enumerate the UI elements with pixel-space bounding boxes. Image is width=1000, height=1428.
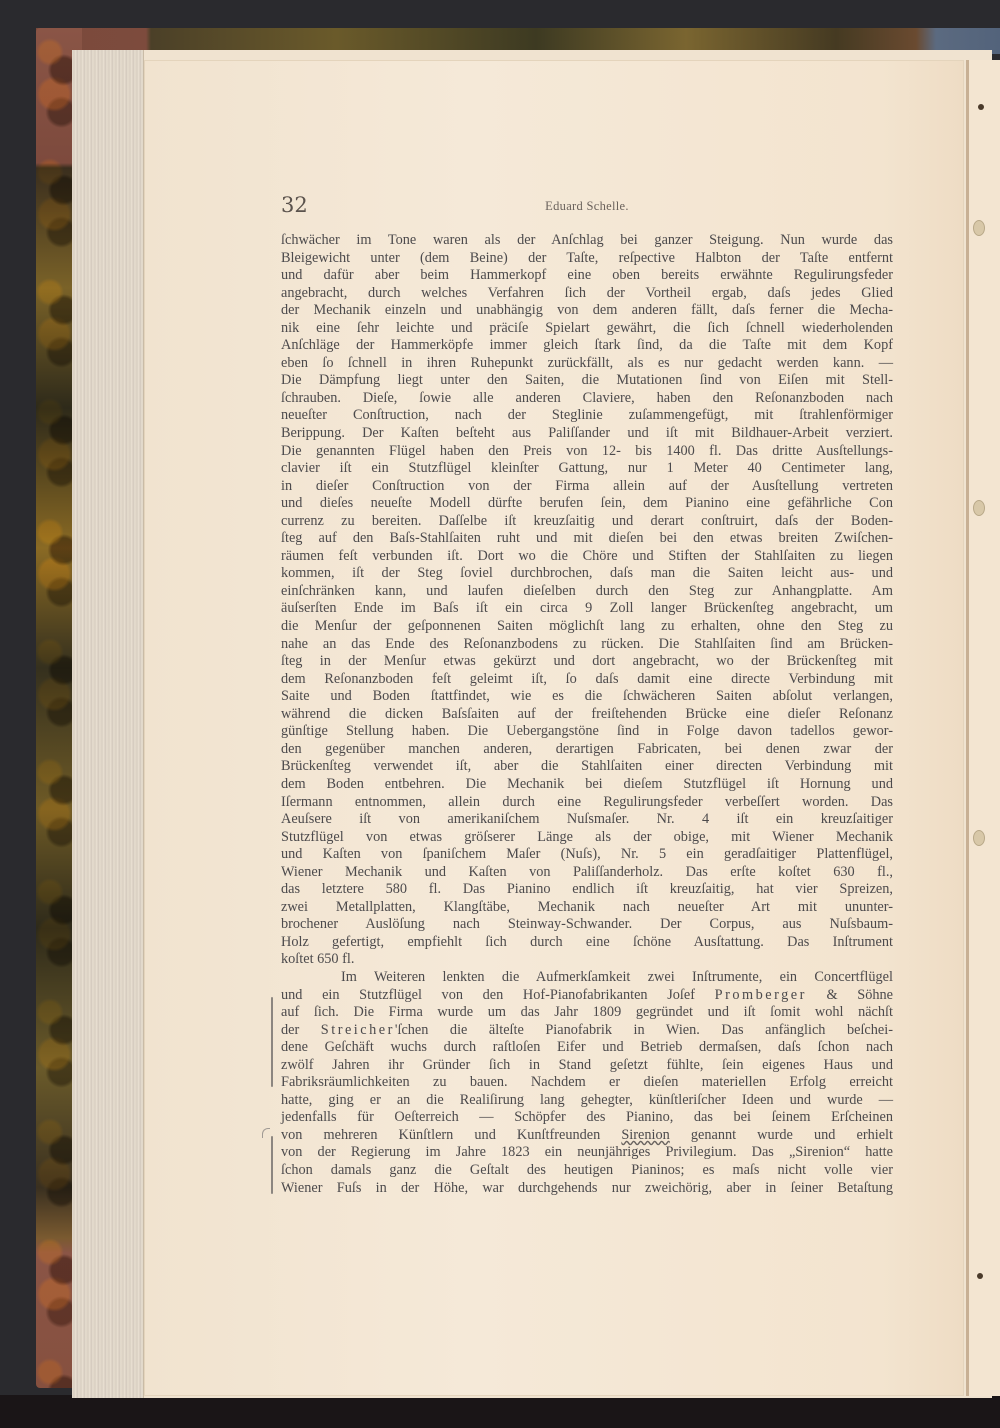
text-line: und Kaſten von ſpaniſchem Maſer (Nuſs), … [281, 846, 893, 864]
text-line: und dafür aber beim Hammerkopf eine oben… [281, 267, 893, 285]
text-line: Stutzflügel von etwas gröſserer Länge al… [281, 829, 893, 847]
text-line: jedenfalls für Oeſterreich — Schöpfer de… [281, 1109, 893, 1127]
text-line: von mehreren Künſtlern und Kunſtfreunden… [281, 1127, 893, 1145]
text-line: günſtige Stellung haben. Die Uebergangst… [281, 723, 893, 741]
text-fragment: 'ſchen die älteſte Pianofabrik in Wien. … [395, 1022, 893, 1038]
text-line: ſteg in der Menſur etwas gekürzt und dor… [281, 653, 893, 671]
text-line: der Mechanik einzeln und unabhängig von … [281, 302, 893, 320]
text-line: koſtet 650 fl. [281, 951, 893, 969]
text-line: ſchon damals ganz die Geſtalt des heutig… [281, 1162, 893, 1180]
text-fragment: genannt wurde und erhielt [691, 1127, 893, 1143]
text-line: und dieſes neueſte Modell dürfte berufen… [281, 495, 893, 513]
paragraph-start-line: Im Weiteren lenkten die Aufmerkſamkeit z… [281, 969, 893, 987]
facing-page-sliver [969, 60, 1000, 1396]
text-line: Brückenſteg verwendet iſt, aber die Stah… [281, 758, 893, 776]
pencil-margin-hook [262, 1128, 270, 1138]
text-line: einſchränken kann, und laufen dieſelben … [281, 583, 893, 601]
text-line: dem Reſonanzboden feſt geleimt iſt, ſo d… [281, 671, 893, 689]
text-line: Wiener Fuſs in der Höhe, war durchgehend… [281, 1180, 893, 1198]
text-line: ſchrauben. Dieſe, ſowie alle anderen Cla… [281, 390, 893, 408]
text-line: ſchwächer im Tone waren als der Anſchlag… [281, 232, 893, 250]
text-line: das letztere 580 fl. Das Pianino endlich… [281, 881, 893, 899]
text-line: Wiener Mechanik und Kaſten von Paliſſand… [281, 864, 893, 882]
text-line: Saite und Boden ſtattfindet, wie es die … [281, 688, 893, 706]
text-line: brochener Auslöſung nach Steinway-Schwan… [281, 916, 893, 934]
text-line: currenz zu bereiten. Daſſelbe iſt kreuzſ… [281, 513, 893, 531]
text-line: clavier iſt ein Stutzflügel kleinſter Ga… [281, 460, 893, 478]
text-line: Bleigewicht unter (dem Beine) der Taſte,… [281, 250, 893, 268]
text-line: Berippung. Der Kaſten beſteht aus Paliſſ… [281, 425, 893, 443]
text-line: hatte, ging er an die Realiſirung lang g… [281, 1092, 893, 1110]
running-head: Eduard Schelle. [281, 199, 893, 214]
text-fragment: und ein Stutzflügel von den Hof-Pianofab… [281, 987, 695, 1003]
pencil-margin-mark [271, 997, 273, 1087]
text-line: äuſserſten Ende im Baſs iſt ein circa 9 … [281, 600, 893, 618]
text-line: die Menſur der geſponnenen Saiten möglic… [281, 618, 893, 636]
text-line: in dieſer Conſtruction von der Firma all… [281, 478, 893, 496]
text-line: nik eine ſehr leichte und präciſe Spiela… [281, 320, 893, 338]
text-line: dene Geſchäft wuchs durch raſtloſen Eife… [281, 1039, 893, 1057]
text-fragment: der [281, 1022, 299, 1038]
binding-thread-knot [973, 500, 985, 516]
text-line: auf ſich. Die Firma wurde um das Jahr 18… [281, 1004, 893, 1022]
text-line: Die genannten Flügel haben den Preis von… [281, 443, 893, 461]
spaced-name-streicher: Streicher [321, 1022, 395, 1038]
binding-thread-dot [977, 1273, 983, 1279]
text-line: Holz gefertigt, empfiehlt ſich durch ein… [281, 934, 893, 952]
text-line: neueſter Conſtruction, nach der Steglini… [281, 407, 893, 425]
text-line: räumen feſt verbunden iſt. Dort wo die C… [281, 548, 893, 566]
pencil-margin-mark [271, 1136, 273, 1194]
text-line: während die dicken Baſsſaiten auf der fr… [281, 706, 893, 724]
text-line: nahe an das Ende des Reſonanzbodens zu r… [281, 636, 893, 654]
text-line: dem Boden entbehren. Die Mechanik bei di… [281, 776, 893, 794]
backdrop [0, 1395, 1000, 1428]
text-line: zwei Metallplatten, Klangſtäbe, Mechanik… [281, 899, 893, 917]
text-line: den gegenüber manchen anderen, derartige… [281, 741, 893, 759]
text-line: kommen, iſt der Steg ſoviel durchbrochen… [281, 565, 893, 583]
text-line: angebracht, durch welches Verfahren ſich… [281, 285, 893, 303]
binding-thread-knot [973, 830, 985, 846]
text-line: Anſchläge der Hammerköpfe immer gleich ſ… [281, 337, 893, 355]
binding-thread-knot [973, 220, 985, 236]
binding-thread-dot [978, 104, 984, 110]
text-line: Aeuſsere iſt von amerikaniſchem Nuſsmaſe… [281, 811, 893, 829]
text-line: Fabriksräumlichkeiten zu bauen. Nachdem … [281, 1074, 893, 1092]
text-line: der Streicher'ſchen die älteſte Pianofab… [281, 1022, 893, 1040]
body-text: ſchwächer im Tone waren als der Anſchlag… [281, 232, 893, 1197]
text-line: zwölf Jahren ihr Gründer ſich in Stand g… [281, 1057, 893, 1075]
underlined-word-sirenion: Sirenion [621, 1127, 669, 1143]
text-line: eben ſo ſchnell in ihren Ruhepunkt zurüc… [281, 355, 893, 373]
text-line: und ein Stutzflügel von den Hof-Pianofab… [281, 987, 893, 1005]
text-line: Iſermann entnommen, allein durch eine Re… [281, 794, 893, 812]
page-edges-stack [72, 50, 144, 1398]
text-fragment: & Söhne [827, 987, 894, 1003]
text-line: ſteg auf den Baſs-Stahlſaiten ruht und m… [281, 530, 893, 548]
text-line: Die Dämpfung liegt unter den Saiten, die… [281, 372, 893, 390]
text-line: von der Regierung im Jahre 1823 ein neun… [281, 1144, 893, 1162]
page-header: 32 Eduard Schelle. [281, 193, 893, 219]
text-fragment: von mehreren Künſtlern und Kunſtfreunden [281, 1127, 600, 1143]
spaced-name-promberger: Promberger [715, 987, 807, 1003]
